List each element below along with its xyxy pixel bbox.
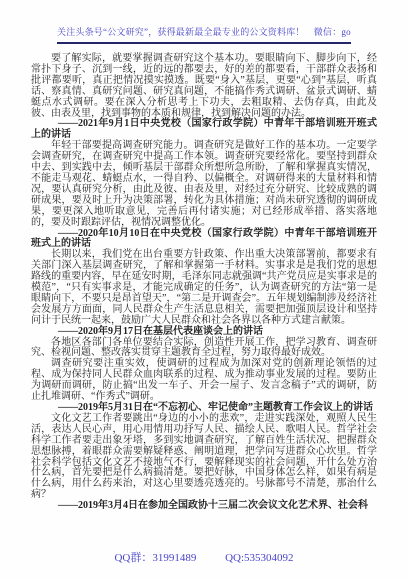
quote-paragraph: 调查研究要注重实效，使调研的过程成为加深对党的创新理论领悟的过程、成为保持同人民…: [31, 359, 377, 403]
promo-header: 关注头条号“公文研究”，获得最新最全最专业的公文资料库！ 微信：gongweny…: [57, 25, 351, 44]
quote-paragraph: 要了解实际，就要掌握调查研究这个基本功。要眼睛向下、脚步向下，经常扑下身子、沉到…: [31, 54, 377, 119]
quote-paragraph: 年轻干部要提高调查研究能力。调查研究是做好工作的基本功。一定要学会调查研究，在调…: [31, 141, 377, 228]
qq-number: QQ:535304092: [225, 552, 293, 564]
quote-paragraph: 长期以来，我们党在出台重要方针政策、作出重大决策部署前，都要求有关部门深入基层调…: [31, 250, 377, 326]
attribution-line: ——2021年9月1日中央党校（国家行政学院）中青年干部培训班开班式上的讲话: [31, 119, 377, 141]
attribution-line: ——2019年3月4日在参加全国政协十三届二次会议文化艺术界、社会科: [31, 501, 377, 512]
qq-group-number: QQ群：31991489: [114, 549, 196, 565]
attribution-line: ——2020年10月10日在中央党校（国家行政学院）中青年干部培训班开班式上的讲…: [31, 229, 377, 251]
document-page: 关注头条号“公文研究”，获得最新最全最专业的公文资料库！ 微信：gongweny…: [0, 0, 408, 580]
document-body: 要了解实际，就要掌握调查研究这个基本功。要眼睛向下、脚步向下，经常扑下身子、沉到…: [31, 54, 377, 512]
contact-footer: QQ群：31991489 QQ:535304092: [0, 549, 408, 565]
attribution-line: ——2020年9月17日在基层代表座谈会上的讲话: [31, 327, 377, 338]
quote-paragraph: 各地区各部门各单位要结合实际，创造性开展工作，把学习教育、调查研究、检视问题、整…: [31, 338, 377, 360]
quote-paragraph: 文化文艺工作者要跳出“身边的小小的悲欢”，走进实践深处，观照人民生活，表达人民心…: [31, 414, 377, 501]
